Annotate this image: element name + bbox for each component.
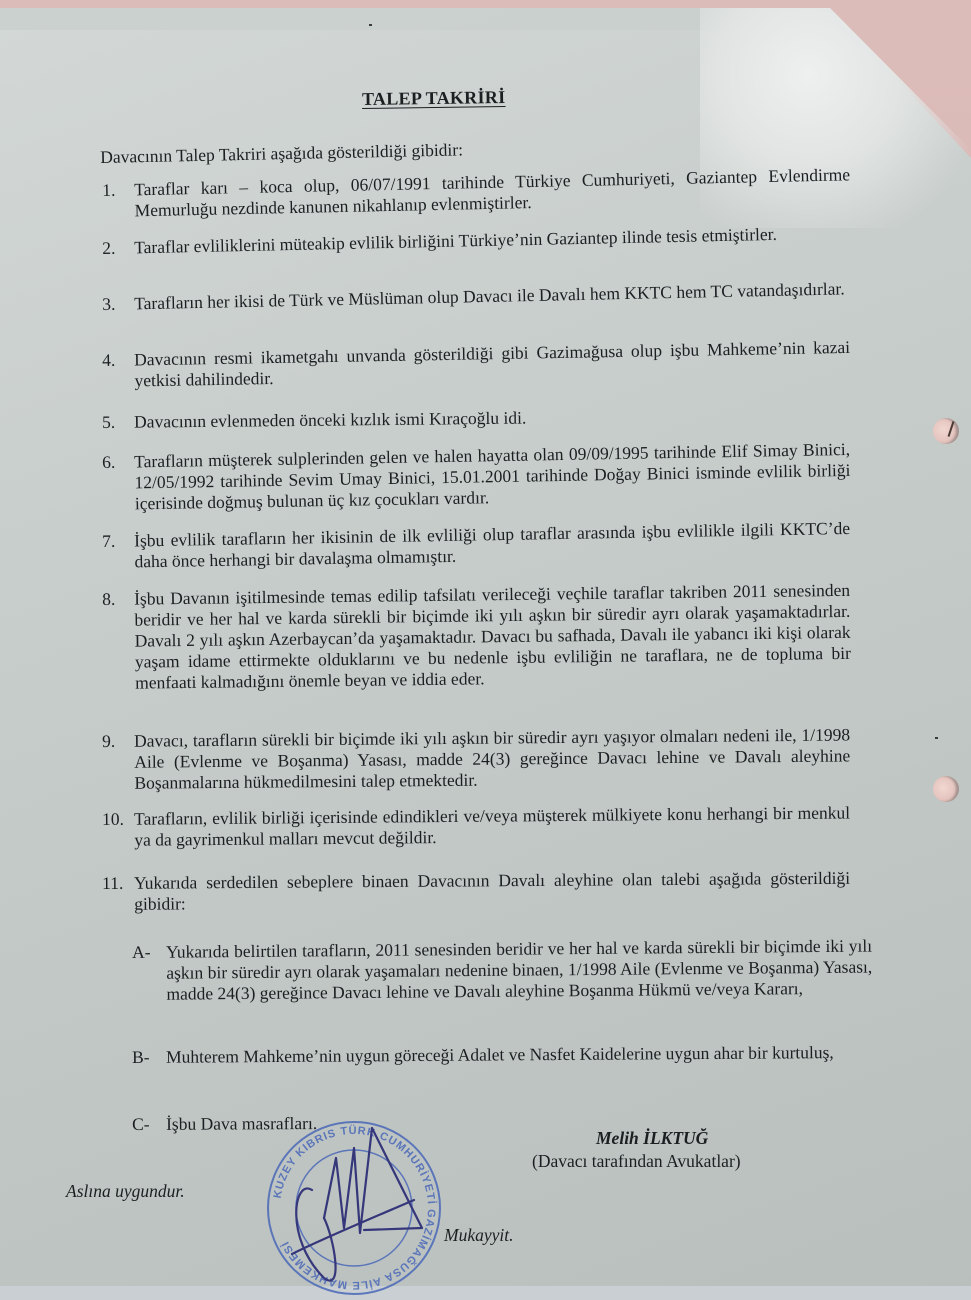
list-item: 7.İşbu evlilik tarafların her ikisinin d… bbox=[102, 518, 851, 573]
list-item: 3.Tarafların her ikisi de Türk ve Müslüm… bbox=[102, 278, 850, 315]
item-number: 5. bbox=[102, 412, 132, 433]
list-item: 1.Taraflar karı – koca olup, 06/07/1991 … bbox=[102, 164, 851, 222]
item-text: Taraflar evliliklerini müteakip evlilik … bbox=[134, 222, 850, 258]
document-intro: Davacının Talep Takriri aşağıda gösteril… bbox=[100, 139, 463, 168]
list-item: 11.Yukarıda serdedilen sebeplere binaen … bbox=[102, 868, 850, 915]
list-item: 10.Tarafların, evlilik birliği içerisind… bbox=[102, 802, 850, 851]
list-item: 5.Davacının evlenmeden önceki kızlık ism… bbox=[102, 404, 850, 433]
list-item: 2.Taraflar evliliklerini müteakip evlili… bbox=[102, 222, 850, 259]
item-number: 4. bbox=[102, 349, 132, 371]
sub-item-letter: C- bbox=[132, 1114, 164, 1135]
item-number: 3. bbox=[102, 293, 132, 315]
registrar-label: Mukayyit. bbox=[444, 1225, 513, 1246]
list-item: 6.Tarafların müşterek sulplerinden gelen… bbox=[102, 439, 851, 515]
item-number: 6. bbox=[102, 451, 132, 473]
item-number: 1. bbox=[102, 179, 132, 201]
sub-item-text: Yukarıda belirtilen tarafların, 2011 sen… bbox=[166, 936, 873, 1005]
item-number: 8. bbox=[102, 589, 132, 610]
document-body: TALEP TAKRİRİ Davacının Talep Takriri aş… bbox=[0, 0, 971, 1300]
certified-copy-note: Aslına uygundur. bbox=[66, 1181, 185, 1202]
item-text: Taraflar karı – koca olup, 06/07/1991 ta… bbox=[134, 164, 851, 221]
attorney-name: Melih İLKTUĞ bbox=[596, 1128, 708, 1149]
item-text: İşbu Davanın işitilmesinde temas edilip … bbox=[134, 580, 851, 694]
sub-item-letter: A- bbox=[132, 942, 164, 963]
sub-item: A-Yukarıda belirtilen tarafların, 2011 s… bbox=[132, 936, 873, 1005]
sub-item: C-İşbu Dava masrafları. bbox=[132, 1110, 872, 1135]
item-number: 9. bbox=[102, 731, 132, 752]
item-text: İşbu evlilik tarafların her ikisinin de … bbox=[134, 518, 851, 572]
item-text: Davacının resmi ikametgahı unvanda göste… bbox=[134, 337, 851, 391]
sub-item-text: Muhterem Mahkeme’nin uygun göreceği Adal… bbox=[166, 1042, 872, 1068]
item-text: Davacı, tarafların sürekli bir biçimde i… bbox=[134, 724, 851, 793]
item-number: 11. bbox=[102, 873, 132, 894]
item-text: Tarafların, evlilik birliği içerisinde e… bbox=[134, 802, 850, 850]
court-stamp-icon: KUZEY KIBRIS TÜRK CUMHURİYETİ GAZİMAĞUSA… bbox=[264, 1118, 444, 1298]
item-text: Tarafların her ikisi de Türk ve Müslüman… bbox=[134, 278, 850, 314]
item-text: Tarafların müşterek sulplerinden gelen v… bbox=[134, 439, 851, 514]
item-number: 7. bbox=[102, 530, 132, 552]
item-number: 10. bbox=[102, 809, 132, 830]
sub-item-letter: B- bbox=[132, 1047, 164, 1068]
item-number: 2. bbox=[102, 237, 132, 259]
document-title: TALEP TAKRİRİ bbox=[362, 87, 506, 110]
list-item: 8.İşbu Davanın işitilmesinde temas edili… bbox=[102, 580, 851, 694]
sub-item: B-Muhterem Mahkeme’nin uygun göreceği Ad… bbox=[132, 1042, 872, 1068]
item-text: Davacının evlenmeden önceki kızlık ismi … bbox=[134, 404, 850, 432]
item-text: Yukarıda serdedilen sebeplere binaen Dav… bbox=[134, 868, 850, 915]
attorney-role: (Davacı tarafından Avukatlar) bbox=[532, 1151, 741, 1172]
list-item: 9.Davacı, tarafların sürekli bir biçimde… bbox=[102, 724, 851, 794]
list-item: 4.Davacının resmi ikametgahı unvanda gös… bbox=[102, 337, 851, 392]
